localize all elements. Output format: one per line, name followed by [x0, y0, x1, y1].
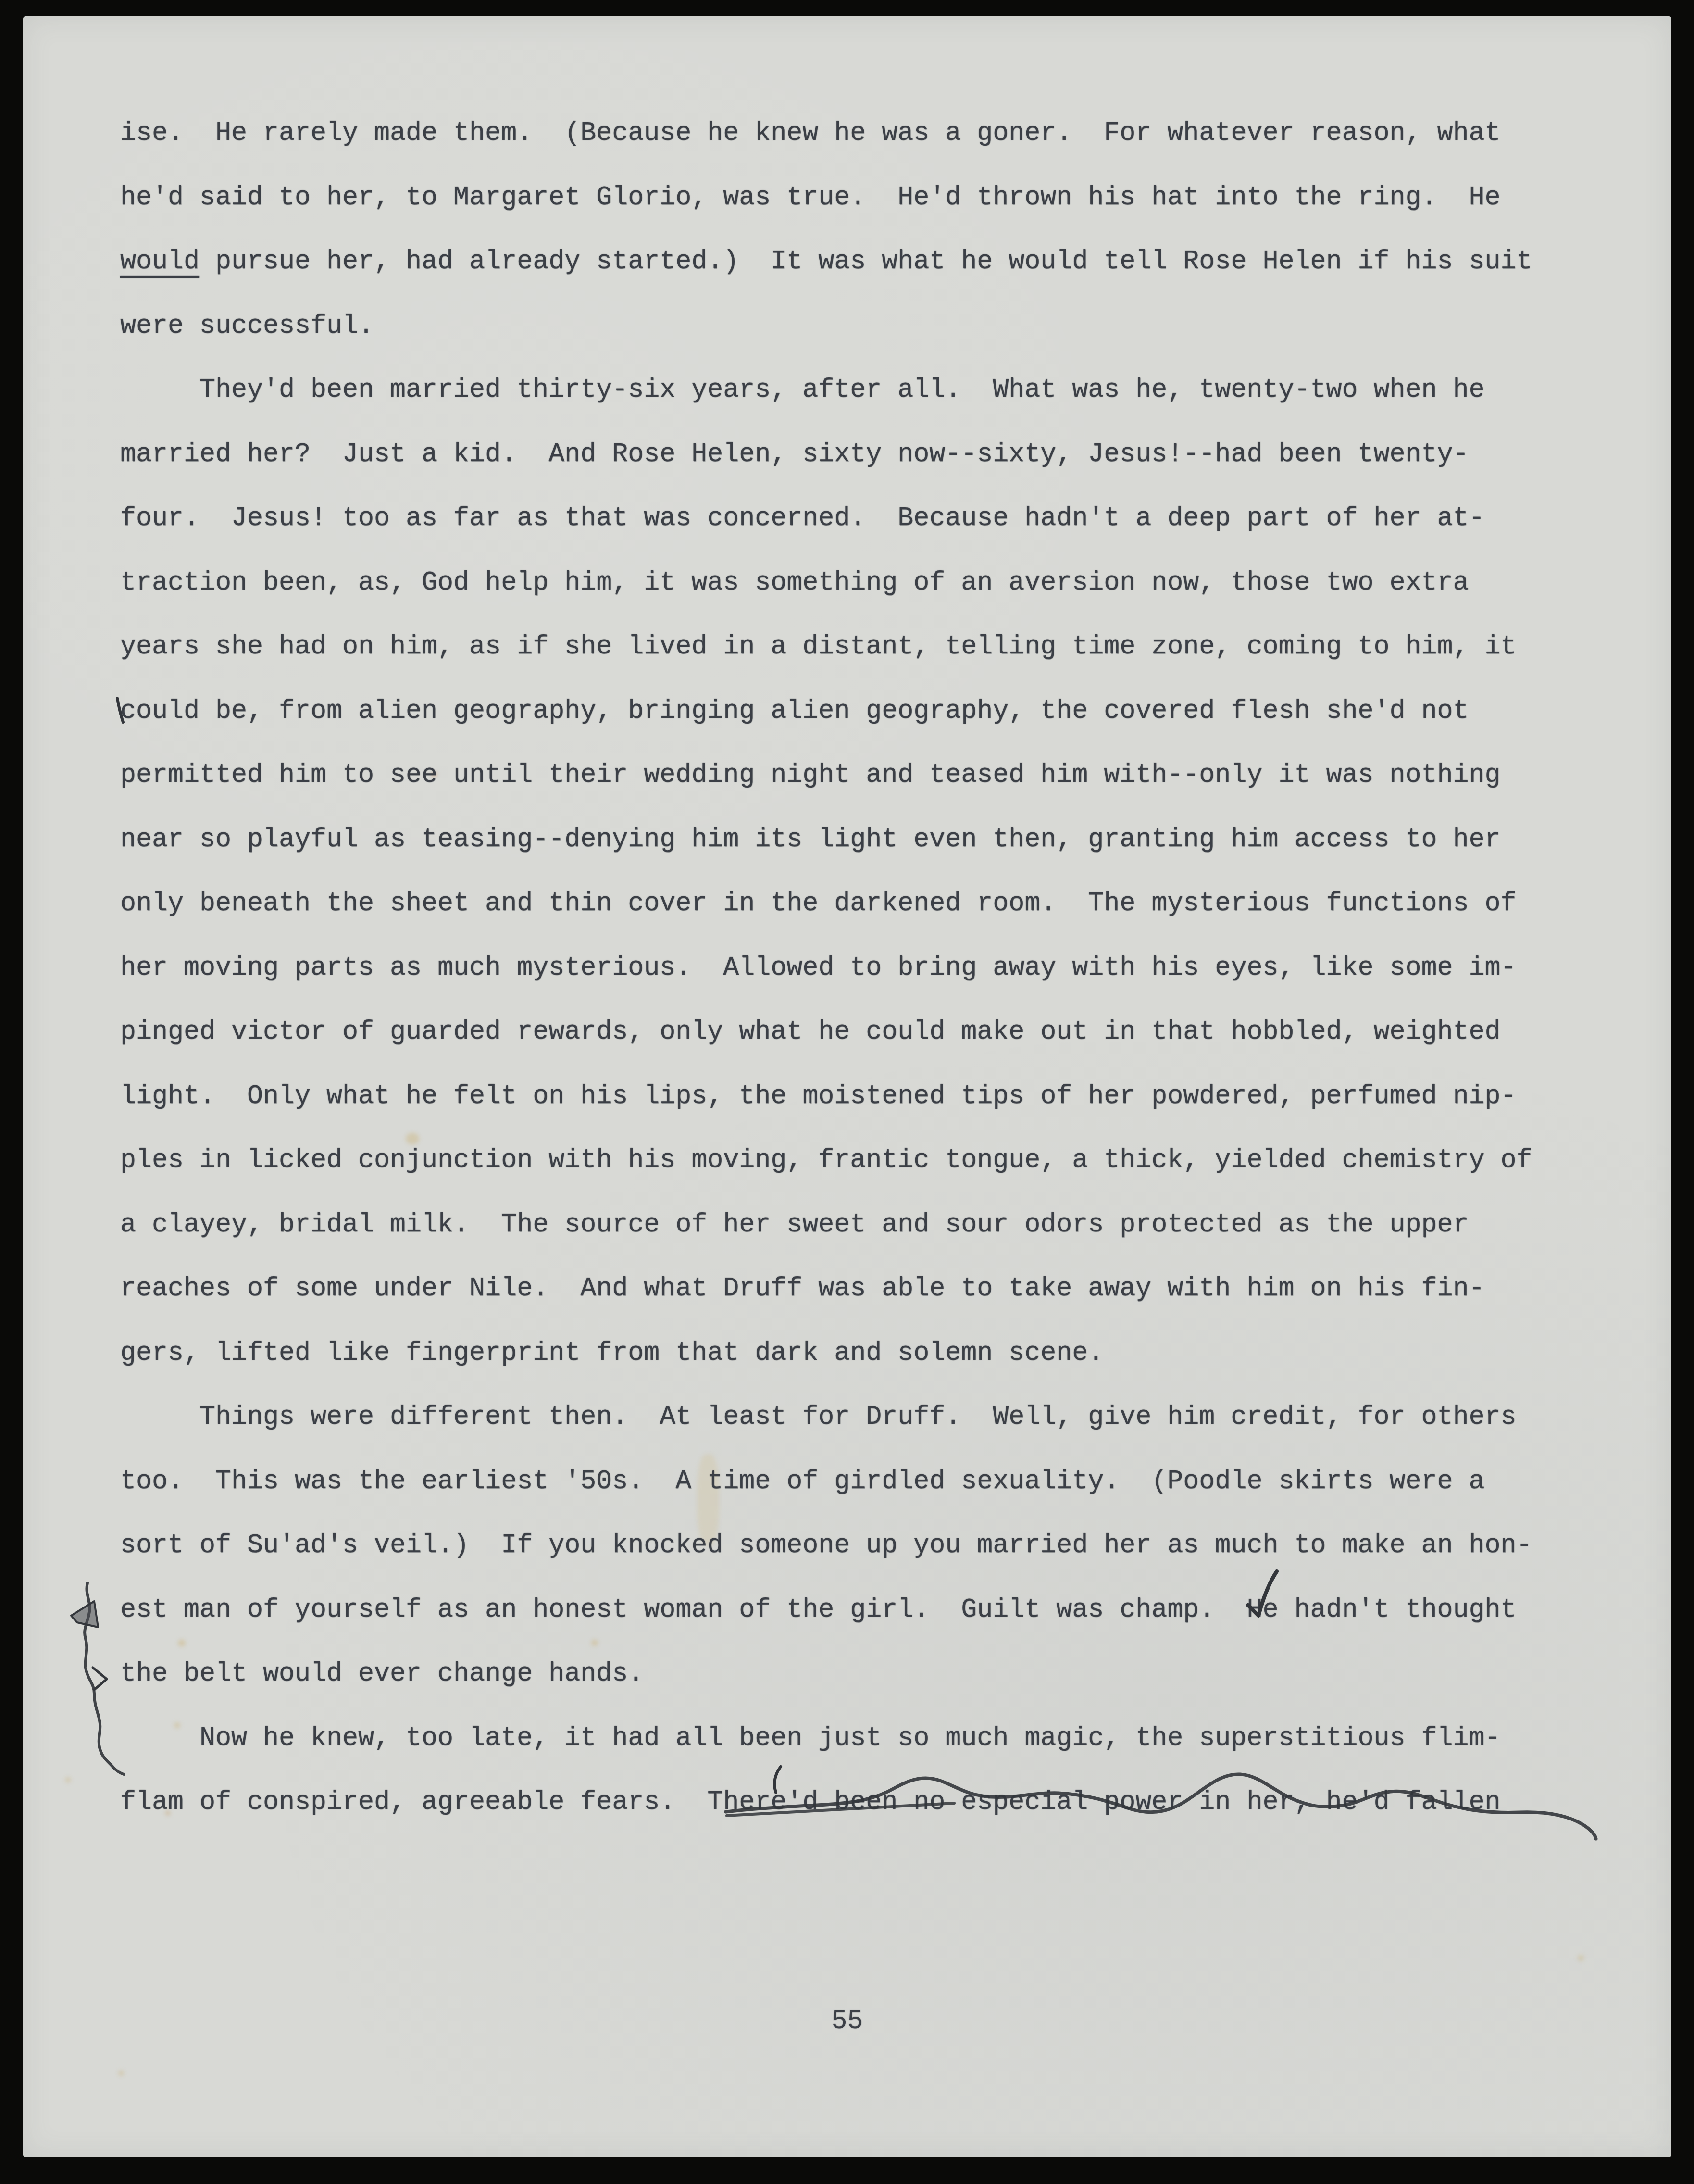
typescript-line: only beneath the sheet and thin cover in…: [120, 871, 1610, 936]
typescript-line: would pursue her, had already started.) …: [120, 229, 1610, 294]
typescript-line: a clayey, bridal milk. The source of her…: [120, 1192, 1610, 1257]
typescript-line: four. Jesus! too as far as that was conc…: [120, 486, 1610, 551]
typescript-line: They'd been married thirty-six years, af…: [120, 358, 1610, 422]
typescript-line: permitted him to see until their wedding…: [120, 743, 1610, 807]
typescript-line: gers, lifted like fingerprint from that …: [120, 1321, 1610, 1385]
page-number: 55: [23, 2006, 1671, 2036]
typescript-line: reaches of some under Nile. And what Dru…: [120, 1256, 1610, 1321]
typescript-line: est man of yourself as an honest woman o…: [120, 1578, 1610, 1642]
typescript-line: ise. He rarely made them. (Because he kn…: [120, 101, 1610, 165]
typescript-line: flam of conspired, agreeable fears. Ther…: [120, 1770, 1610, 1834]
manuscript-page: ise. He rarely made them. (Because he kn…: [23, 16, 1671, 2157]
typescript-line: too. This was the earliest '50s. A time …: [120, 1449, 1610, 1514]
typed-text-block: ise. He rarely made them. (Because he kn…: [120, 101, 1610, 1834]
typescript-line: could be, from alien geography, bringing…: [120, 679, 1610, 743]
typescript-line: married her? Just a kid. And Rose Helen,…: [120, 422, 1610, 487]
scan-background: ise. He rarely made them. (Because he kn…: [0, 0, 1694, 2184]
typescript-line: years she had on him, as if she lived in…: [120, 615, 1610, 679]
stain: [65, 1777, 71, 1782]
typescript-line: he'd said to her, to Margaret Glorio, wa…: [120, 165, 1610, 230]
typescript-line: traction been, as, God help him, it was …: [120, 551, 1610, 615]
typescript-line: Things were different then. At least for…: [120, 1385, 1610, 1449]
typescript-line: sort of Su'ad's veil.) If you knocked so…: [120, 1513, 1610, 1578]
typescript-line: her moving parts as much mysterious. All…: [120, 936, 1610, 1000]
typescript-line: light. Only what he felt on his lips, th…: [120, 1064, 1610, 1129]
typescript-line: were successful.: [120, 294, 1610, 358]
typescript-line: pinged victor of guarded rewards, only w…: [120, 1000, 1610, 1064]
stain: [1578, 1955, 1584, 1961]
typescript-line: the belt would ever change hands.: [120, 1642, 1610, 1706]
stain: [118, 2071, 124, 2076]
typescript-line: Now he knew, too late, it had all been j…: [120, 1706, 1610, 1770]
typescript-line: near so playful as teasing--denying him …: [120, 807, 1610, 872]
typescript-line: ples in licked conjunction with his movi…: [120, 1128, 1610, 1192]
